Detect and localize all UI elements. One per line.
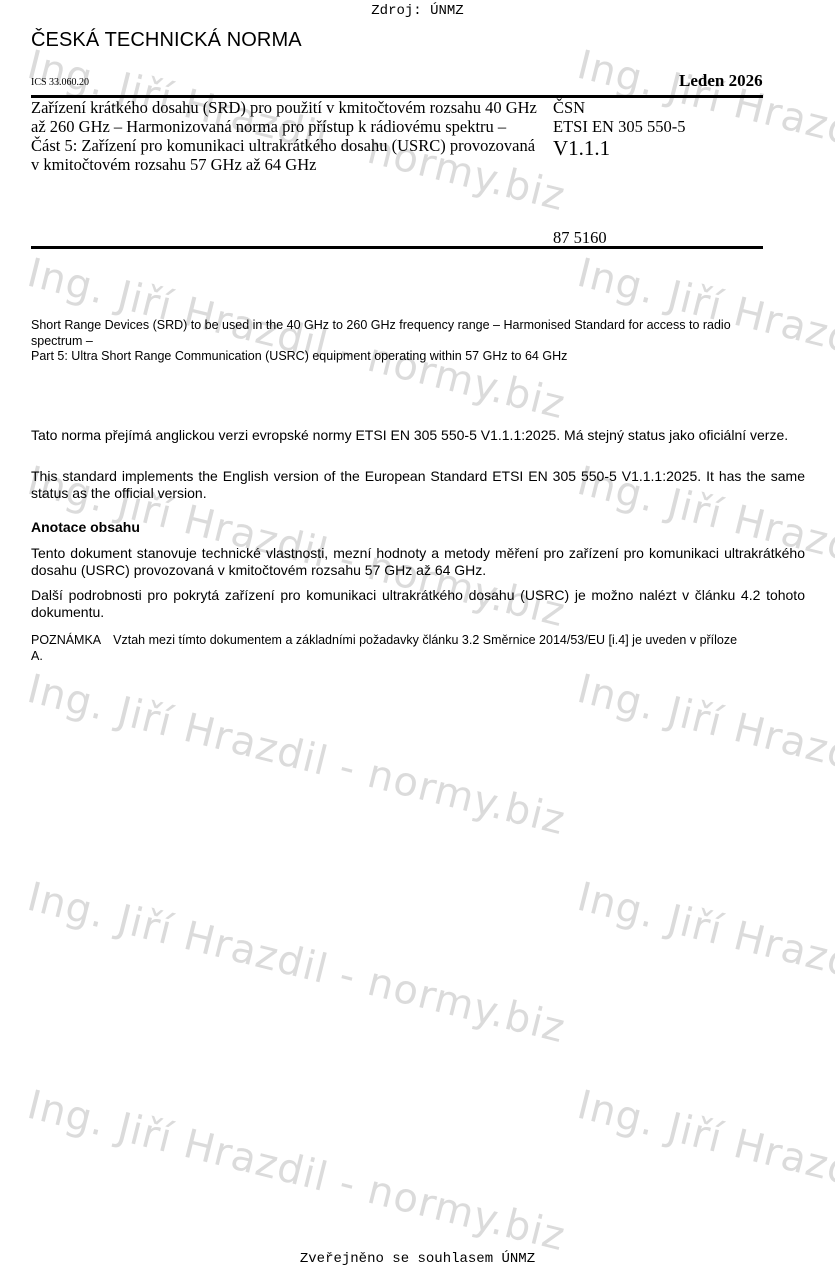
document-kind-heading: ČESKÁ TECHNICKÁ NORMA <box>31 29 302 52</box>
source-header: Zdroj: ÚNMZ <box>0 3 835 19</box>
watermark: Ing. Jiří Hrazdil - normy.biz <box>23 874 570 1052</box>
classification-number: 87 5160 <box>553 228 607 248</box>
publication-date: Leden 2026 <box>679 71 763 91</box>
csn-label: ČSN <box>553 98 685 117</box>
publication-footer: Zveřejněno se souhlasem ÚNMZ <box>0 1251 835 1267</box>
note-label: POZNÁMKA <box>31 633 101 649</box>
watermark: Ing. Jiří Hrazdil - normy.biz <box>23 666 570 844</box>
english-title-line: Part 5: Ultra Short Range Communication … <box>31 349 751 365</box>
header-rule-bottom <box>31 246 763 249</box>
watermark: Ing. Jiří Hrazdil - normy.biz <box>23 1082 570 1260</box>
english-title-line: Short Range Devices (SRD) to be used in … <box>31 318 751 349</box>
watermark: Ing. Jiří Hrazdil - normy.biz <box>573 666 835 844</box>
standard-designation: ČSN ETSI EN 305 550-5 V1.1.1 <box>553 98 685 161</box>
czech-title-line: Zařízení krátkého dosahu (SRD) pro použi… <box>31 98 546 136</box>
adoption-statement-en: This standard implements the English ver… <box>31 468 805 502</box>
annotation-paragraph: Další podrobnosti pro pokrytá zařízení p… <box>31 587 805 621</box>
annotation-paragraph: Tento dokument stanovuje technické vlast… <box>31 545 805 579</box>
czech-title: Zařízení krátkého dosahu (SRD) pro použi… <box>31 98 546 174</box>
adoption-statement-cz: Tato norma přejímá anglickou verzi evrop… <box>31 427 805 444</box>
english-title: Short Range Devices (SRD) to be used in … <box>31 318 751 365</box>
standard-version: V1.1.1 <box>553 136 685 161</box>
annotation-heading: Anotace obsahu <box>31 519 140 535</box>
standard-number: ETSI EN 305 550-5 <box>553 117 685 136</box>
note: POZNÁMKAVztah mezi tímto dokumentem a zá… <box>31 633 751 664</box>
czech-title-line: Část 5: Zařízení pro komunikaci ultrakrá… <box>31 136 546 174</box>
ics-code: ICS 33.060.20 <box>31 77 89 88</box>
watermark: Ing. Jiří Hrazdil - normy.biz <box>573 1082 835 1260</box>
note-text: Vztah mezi tímto dokumentem a základními… <box>31 633 737 663</box>
watermark: Ing. Jiří Hrazdil - normy.biz <box>573 874 835 1052</box>
